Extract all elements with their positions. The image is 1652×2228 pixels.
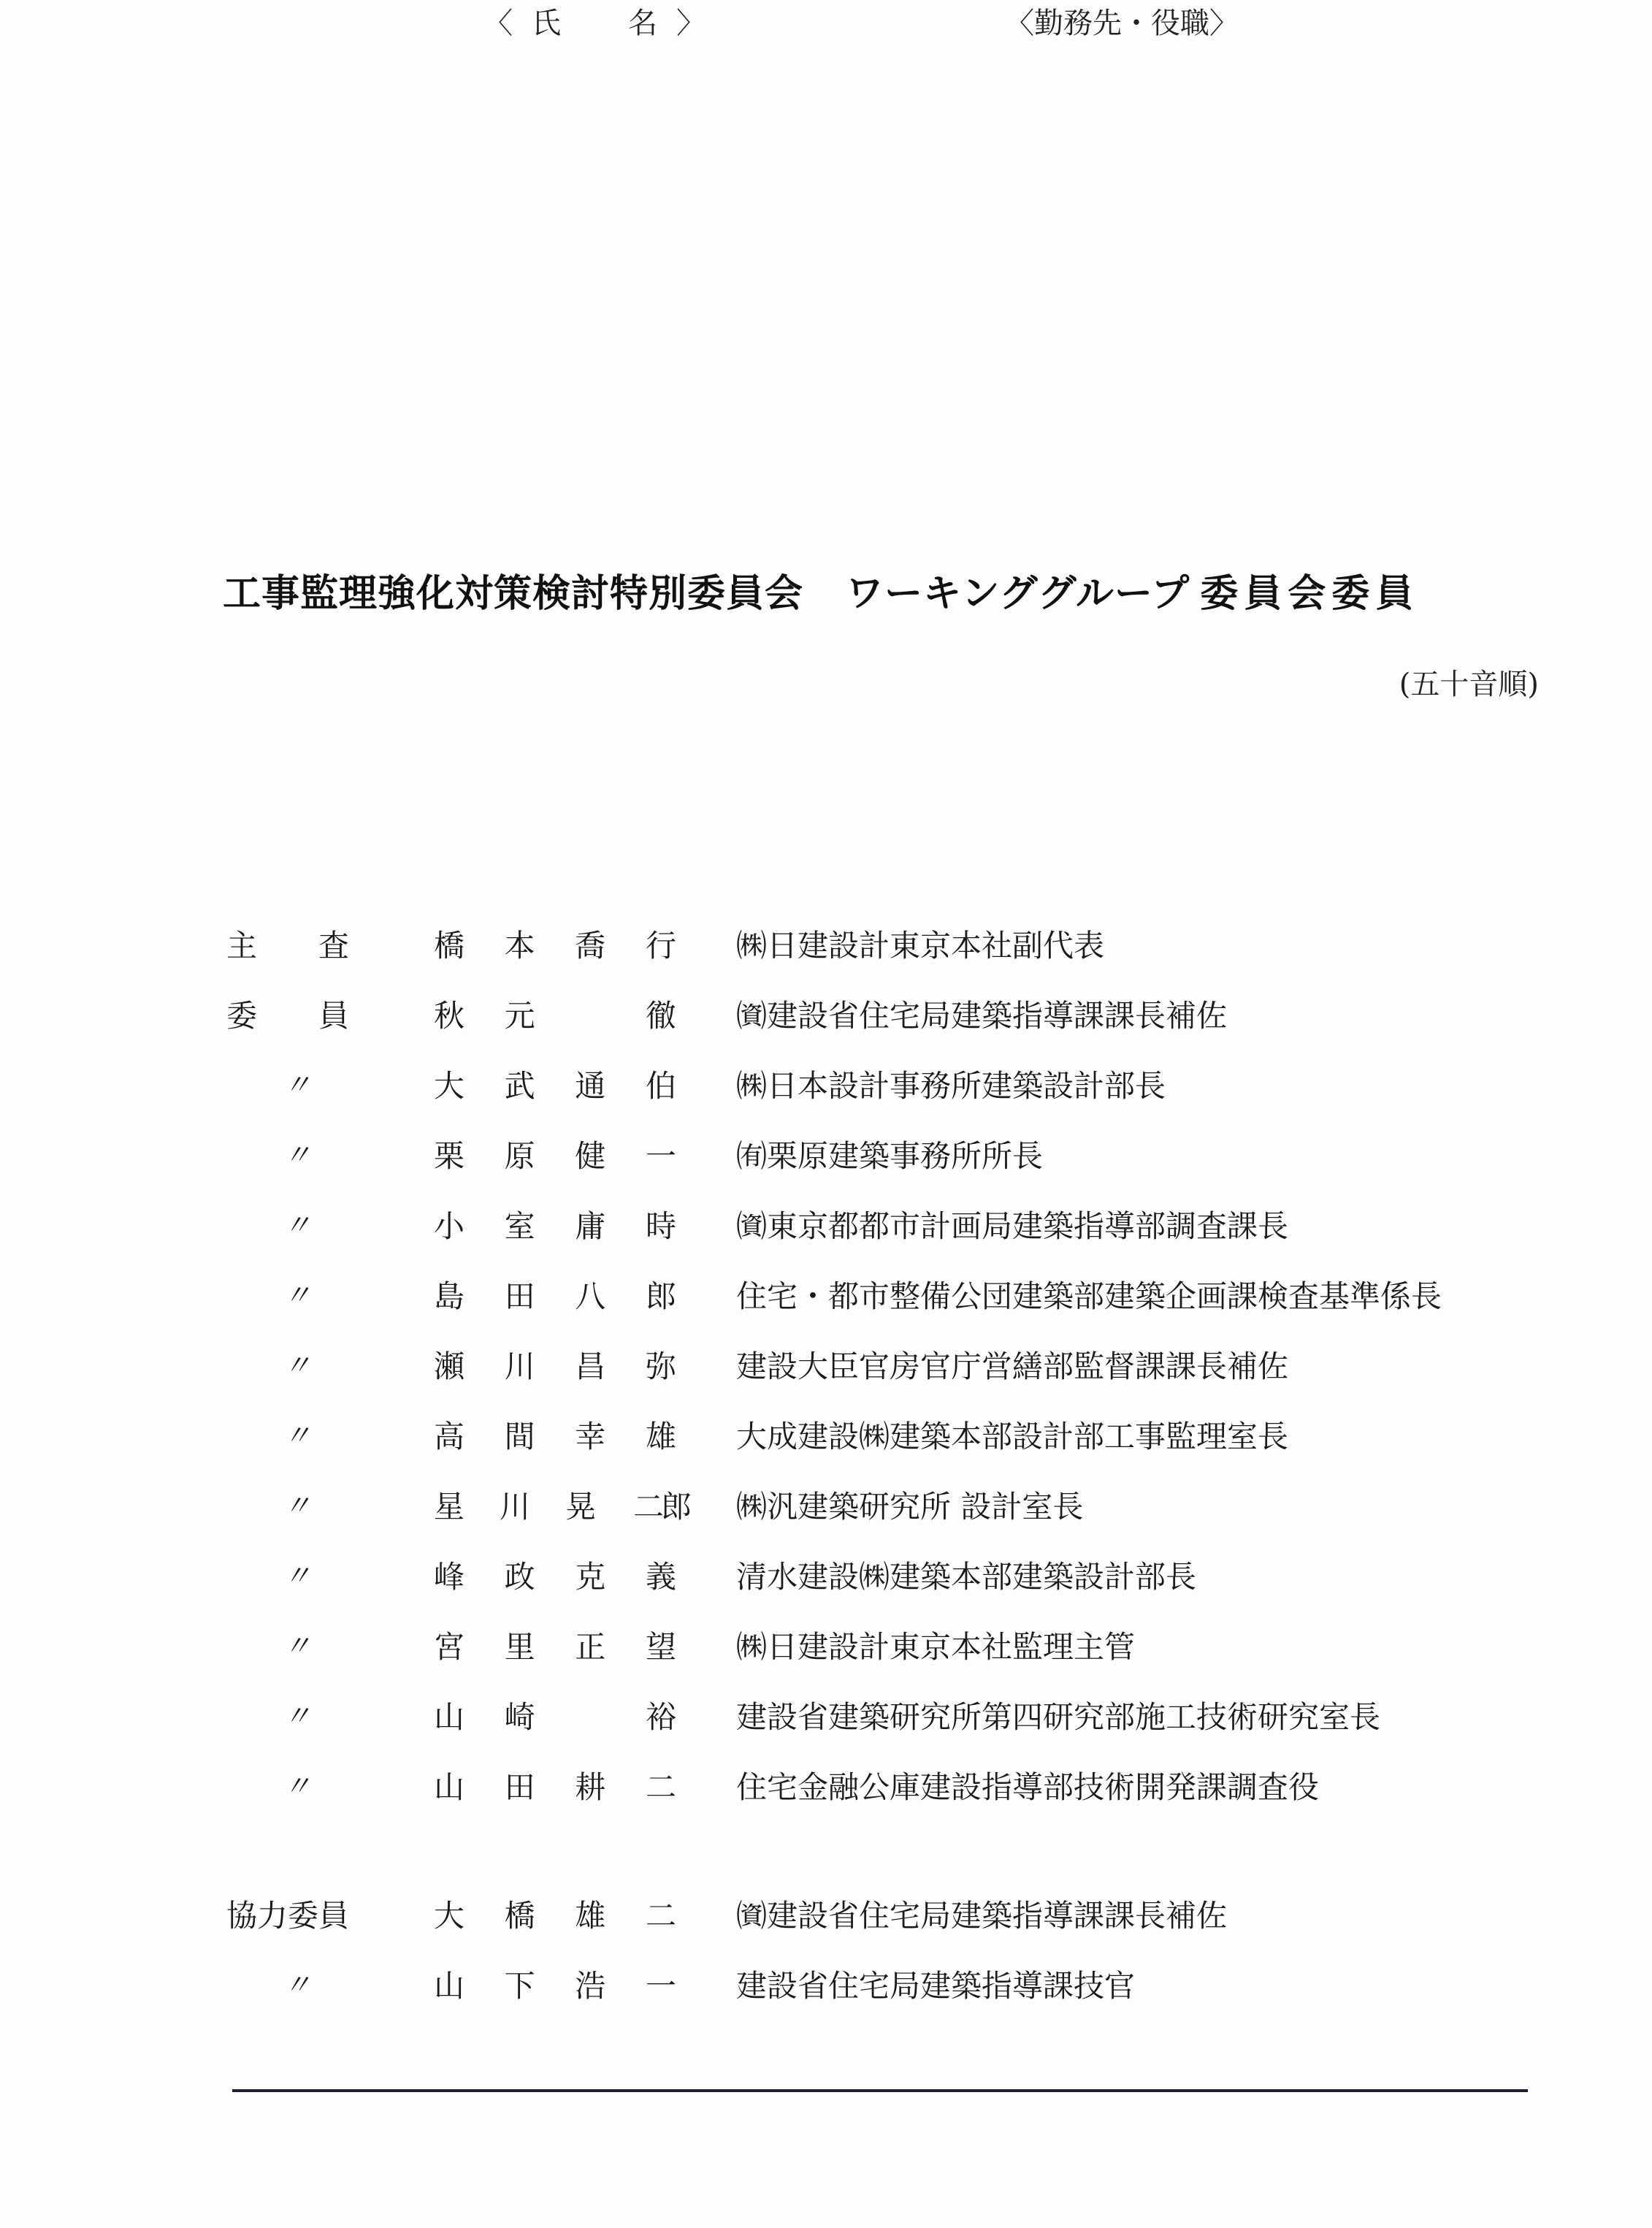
ditto-mark-icon: 〃 (283, 1202, 429, 1243)
name-char: 雄 (643, 1413, 679, 1457)
member-name: 島田八郎 (431, 1273, 679, 1316)
name-char: 大 (431, 1892, 467, 1936)
name-char: 行 (643, 922, 679, 966)
ditto-mark-icon: 〃 (283, 1623, 429, 1663)
name-char: 伯 (643, 1062, 679, 1106)
member-row: 〃 峰政克義 清水建設㈱建築本部建築設計部長 (0, 1553, 1652, 1597)
ditto-mark-icon: 〃 (283, 1763, 429, 1804)
name-char: 里 (502, 1623, 538, 1667)
name-char: 時 (643, 1202, 679, 1246)
name-char: 橋 (502, 1892, 538, 1936)
name-char: 栗 (431, 1132, 467, 1176)
name-char: 川 (497, 1483, 533, 1527)
name-char: 宮 (431, 1623, 467, 1667)
member-name: 瀬川昌弥 (431, 1343, 679, 1386)
name-char: 瀬 (431, 1343, 467, 1386)
member-name: 高間幸雄 (431, 1413, 679, 1457)
title-committee: 工事監理強化対策検討特別委員会 (223, 572, 803, 616)
name-char: 星 (431, 1483, 467, 1527)
ditto-mark-icon: 〃 (283, 1693, 429, 1733)
name-char: 小 (431, 1202, 467, 1246)
member-name: 大武通伯 (431, 1062, 679, 1106)
name-char: 峰 (431, 1553, 467, 1597)
page-title: 工事監理強化対策検討特別委員会ワーキンググループ委員会委員 (223, 562, 1541, 617)
member-affiliation: 住宅・都市整備公団建築部建築企画課検査基準係長 (736, 1273, 1442, 1316)
name-char: 山 (431, 1962, 467, 2006)
title-working-group: ワーキンググループ (846, 572, 1190, 616)
name-char: 耕 (572, 1763, 608, 1807)
name-char: 田 (502, 1273, 538, 1316)
name-char: 昌 (572, 1343, 608, 1386)
member-affiliation: 清水建設㈱建築本部建築設計部長 (736, 1553, 1196, 1597)
member-row: 〃 宮里正望 ㈱日建設計東京本社監理主管 (0, 1623, 1652, 1667)
name-char: 庸 (572, 1202, 608, 1246)
ditto-mark-icon: 〃 (283, 1062, 429, 1102)
member-name: 山下浩一 (431, 1962, 679, 2006)
name-char: 望 (643, 1623, 679, 1667)
name-char: 高 (431, 1413, 467, 1457)
ditto-mark-icon: 〃 (283, 1132, 429, 1172)
name-char: 二郎 (628, 1483, 694, 1527)
name-char: 川 (502, 1343, 538, 1386)
name-char: 通 (572, 1062, 608, 1106)
name-char: 田 (502, 1763, 538, 1807)
column-header-affiliation: 〈勤務先・役職〉 (1005, 0, 1239, 42)
name-char: 秋 (431, 992, 467, 1036)
name-char: 健 (572, 1132, 608, 1176)
member-affiliation: 大成建設㈱建築本部設計部工事監理室長 (736, 1413, 1288, 1457)
name-char: 雄 (572, 1892, 608, 1936)
member-row: 〃 瀬川昌弥 建設大臣官房官庁営繕部監督課課長補佐 (0, 1343, 1652, 1386)
member-row: 主査 橋本喬行 ㈱日建設計東京本社副代表 (0, 922, 1652, 966)
name-char: 大 (431, 1062, 467, 1106)
member-name: 小室庸時 (431, 1202, 679, 1246)
name-char: 政 (502, 1553, 538, 1597)
member-name: 山田耕二 (431, 1763, 679, 1807)
member-affiliation: 建設省住宅局建築指導課技官 (736, 1962, 1135, 2006)
cooperating-member-row: 協力委員 大橋雄二 ㈾建設省住宅局建築指導課課長補佐 (0, 1892, 1652, 1936)
member-row: 〃 大武通伯 ㈱日本設計事務所建築設計部長 (0, 1062, 1652, 1106)
member-name: 栗原健一 (431, 1132, 679, 1176)
member-name: 橋本喬行 (431, 922, 679, 966)
title-members-label: 委員会委員 (1200, 572, 1419, 616)
member-row: 〃 山崎裕 建設省建築研究所第四研究部施工技術研究室長 (0, 1693, 1652, 1737)
order-note: (五十音順) (1399, 661, 1539, 703)
name-char: 原 (502, 1132, 538, 1176)
name-char: 島 (431, 1273, 467, 1316)
name-char: 山 (431, 1693, 467, 1737)
name-char: 山 (431, 1763, 467, 1807)
member-name: 秋元徹 (431, 992, 679, 1036)
name-char: 裕 (643, 1693, 679, 1737)
name-char: 室 (502, 1202, 538, 1246)
name-char: 正 (572, 1623, 608, 1667)
member-affiliation: ㈾建設省住宅局建築指導課課長補佐 (736, 992, 1227, 1036)
member-row: 〃 栗原健一 ㈲栗原建築事務所所長 (0, 1132, 1652, 1176)
member-affiliation: 建設省建築研究所第四研究部施工技術研究室長 (736, 1693, 1380, 1737)
member-affiliation: ㈱汎建築研究所 設計室長 (736, 1483, 1083, 1527)
member-affiliation: ㈱日本設計事務所建築設計部長 (736, 1062, 1166, 1106)
column-header-name: 〈氏 名〉 (483, 0, 732, 42)
ditto-mark-icon: 〃 (283, 1273, 429, 1313)
member-affiliation: ㈾東京都都市計画局建築指導部調査課長 (736, 1202, 1288, 1246)
member-role: 主査 (226, 922, 372, 966)
name-char: 二 (643, 1892, 679, 1936)
member-row: 〃 島田八郎 住宅・都市整備公団建築部建築企画課検査基準係長 (0, 1273, 1652, 1316)
document-page: 工事監理強化対策検討特別委員会ワーキンググループ委員会委員 (五十音順) 〈氏 … (0, 0, 1652, 2228)
name-char: 弥 (643, 1343, 679, 1386)
name-char: 八 (572, 1273, 608, 1316)
cooperating-member-row: 〃 山下浩一 建設省住宅局建築指導課技官 (0, 1962, 1652, 2006)
name-char (572, 992, 608, 1036)
member-row: 〃 小室庸時 ㈾東京都都市計画局建築指導部調査課長 (0, 1202, 1652, 1246)
name-char: 晃 (562, 1483, 599, 1527)
member-role: 委員 (226, 992, 372, 1036)
member-affiliation: ㈱日建設計東京本社監理主管 (736, 1623, 1135, 1667)
name-char: 橋 (431, 922, 467, 966)
member-row: 〃 山田耕二 住宅金融公庫建設指導部技術開発課調査役 (0, 1763, 1652, 1807)
name-char: 間 (502, 1413, 538, 1457)
name-char: 浩 (572, 1962, 608, 2006)
name-char: 元 (502, 992, 538, 1036)
member-affiliation: 住宅金融公庫建設指導部技術開発課調査役 (736, 1763, 1319, 1807)
name-char: 克 (572, 1553, 608, 1597)
name-char: 義 (643, 1553, 679, 1597)
name-char: 本 (502, 922, 538, 966)
name-char: 郎 (643, 1273, 679, 1316)
name-char: 武 (502, 1062, 538, 1106)
name-char: 幸 (572, 1413, 608, 1457)
member-affiliation: ㈾建設省住宅局建築指導課課長補佐 (736, 1892, 1227, 1936)
member-affiliation: ㈲栗原建築事務所所長 (736, 1132, 1043, 1176)
name-char: 下 (502, 1962, 538, 2006)
name-char: 一 (643, 1962, 679, 2006)
member-name: 宮里正望 (431, 1623, 679, 1667)
member-name: 峰政克義 (431, 1553, 679, 1597)
ditto-mark-icon: 〃 (283, 1413, 429, 1453)
member-affiliation: ㈱日建設計東京本社副代表 (736, 922, 1104, 966)
name-char: 喬 (572, 922, 608, 966)
member-name: 大橋雄二 (431, 1892, 679, 1936)
ditto-mark-icon: 〃 (283, 1962, 429, 2002)
name-char: 崎 (502, 1693, 538, 1737)
member-name: 星川晃二郎 (431, 1483, 694, 1527)
ditto-mark-icon: 〃 (283, 1343, 429, 1383)
ditto-mark-icon: 〃 (283, 1553, 429, 1593)
member-row: 〃 星川晃二郎 ㈱汎建築研究所 設計室長 (0, 1483, 1652, 1527)
member-row: 委員 秋元徹 ㈾建設省住宅局建築指導課課長補佐 (0, 992, 1652, 1036)
name-char: 一 (643, 1132, 679, 1176)
member-row: 〃 高間幸雄 大成建設㈱建築本部設計部工事監理室長 (0, 1413, 1652, 1457)
member-role: 協力委員 (226, 1892, 372, 1936)
ditto-mark-icon: 〃 (283, 1483, 429, 1523)
member-affiliation: 建設大臣官房官庁営繕部監督課課長補佐 (736, 1343, 1288, 1386)
name-char: 二 (643, 1763, 679, 1807)
name-char (572, 1693, 608, 1737)
bottom-divider (232, 2089, 1528, 2092)
name-char: 徹 (643, 992, 679, 1036)
member-name: 山崎裕 (431, 1693, 679, 1737)
